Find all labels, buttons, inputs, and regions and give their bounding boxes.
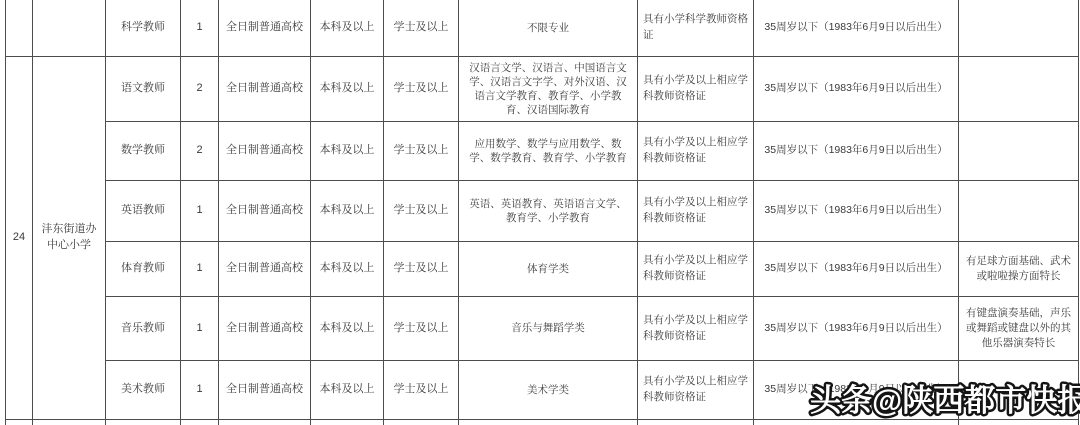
cell-count: 2: [181, 57, 219, 122]
row-number-cell-empty: [6, 0, 33, 57]
cell-degree: 学士及以上: [384, 242, 459, 297]
partial-row-cell: [754, 420, 959, 425]
cell-age: 35周岁以下（1983年6月9日以后出生）: [754, 361, 959, 420]
cell-count: 1: [181, 0, 219, 57]
partial-row-cell: [459, 420, 638, 425]
cell-certificate: 具有小学及以上相应学科教师资格证: [638, 57, 754, 122]
partial-row-cell: [106, 420, 181, 425]
cell-certificate: 具有小学及以上相应学科教师资格证: [638, 122, 754, 181]
cell-age: 35周岁以下（1983年6月9日以后出生）: [754, 297, 959, 361]
cell-school-type: 全日制普通高校: [219, 242, 311, 297]
cell-certificate: 具有小学及以上相应学科教师资格证: [638, 181, 754, 242]
cell-education: 本科及以上: [311, 57, 384, 122]
cell-major: 英语、英语教育、英语语言文学、教育学、小学教育: [459, 181, 638, 242]
cell-major: 音乐与舞蹈学类: [459, 297, 638, 361]
cell-education: 本科及以上: [311, 242, 384, 297]
cell-note: 有足球方面基础、武术或啦啦操方面特长: [959, 242, 1079, 297]
cell-education: 本科及以上: [311, 297, 384, 361]
cell-position: 音乐教师: [106, 297, 181, 361]
cell-major: 美术学类: [459, 361, 638, 420]
recruitment-table-screenshot: 科学教师 1 全日制普通高校 本科及以上 学士及以上 不限专业 具有小学科学教师…: [0, 0, 1080, 425]
cell-age: 35周岁以下（1983年6月9日以后出生）: [754, 57, 959, 122]
cell-school-type: 全日制普通高校: [219, 57, 311, 122]
cell-degree: 学士及以上: [384, 57, 459, 122]
cell-major: 汉语言文学、汉语言、中国语言文学、汉语言文字学、对外汉语、汉语言文学教育、教育学…: [459, 57, 638, 122]
school-cell-empty: [33, 0, 106, 57]
cell-note: [959, 181, 1079, 242]
cell-major: 应用数学、数学与应用数学、数学、数学教育、教育学、小学教育: [459, 122, 638, 181]
cell-education: 本科及以上: [311, 122, 384, 181]
cell-education: 本科及以上: [311, 0, 384, 57]
cell-note: [959, 0, 1079, 57]
cell-note: 有键盘演奏基础，声乐或舞蹈或键盘以外的其他乐器演奏特长: [959, 297, 1079, 361]
cell-count: 1: [181, 297, 219, 361]
cell-school-type: 全日制普通高校: [219, 122, 311, 181]
cell-position: 体育教师: [106, 242, 181, 297]
cell-school-type: 全日制普通高校: [219, 297, 311, 361]
cell-position: 语文教师: [106, 57, 181, 122]
partial-row-cell: [6, 420, 33, 425]
cell-position: 英语教师: [106, 181, 181, 242]
cell-major: 不限专业: [459, 0, 638, 57]
cell-school-type: 全日制普通高校: [219, 361, 311, 420]
cell-note: [959, 57, 1079, 122]
cell-certificate: 具有小学及以上相应学科教师资格证: [638, 361, 754, 420]
cell-degree: 学士及以上: [384, 122, 459, 181]
cell-age: 35周岁以下（1983年6月9日以后出生）: [754, 122, 959, 181]
cell-position: 美术教师: [106, 361, 181, 420]
partial-row-cell: [638, 420, 754, 425]
cell-age: 35周岁以下（1983年6月9日以后出生）: [754, 242, 959, 297]
partial-row-cell: [181, 420, 219, 425]
cell-position: 科学教师: [106, 0, 181, 57]
cell-count: 1: [181, 242, 219, 297]
partial-row-cell: [384, 420, 459, 425]
cell-certificate: 具有小学及以上相应学科教师资格证: [638, 242, 754, 297]
cell-note: [959, 361, 1079, 420]
partial-row-cell: [33, 420, 106, 425]
cell-count: 1: [181, 361, 219, 420]
cell-degree: 学士及以上: [384, 0, 459, 57]
cell-count: 1: [181, 181, 219, 242]
partial-row-cell: [311, 420, 384, 425]
cell-school-type: 全日制普通高校: [219, 0, 311, 57]
cell-certificate: 具有小学科学教师资格证: [638, 0, 754, 57]
partial-row-cell: [959, 420, 1079, 425]
cell-education: 本科及以上: [311, 361, 384, 420]
cell-education: 本科及以上: [311, 181, 384, 242]
cell-age: 35周岁以下（1983年6月9日以后出生）: [754, 181, 959, 242]
cell-certificate: 具有小学及以上相应学科教师资格证: [638, 297, 754, 361]
cell-school-type: 全日制普通高校: [219, 181, 311, 242]
row-number-cell: 24: [6, 57, 33, 420]
cell-major: 体育学类: [459, 242, 638, 297]
recruitment-table: 科学教师 1 全日制普通高校 本科及以上 学士及以上 不限专业 具有小学科学教师…: [5, 0, 1079, 425]
cell-note: [959, 122, 1079, 181]
cell-degree: 学士及以上: [384, 361, 459, 420]
cell-count: 2: [181, 122, 219, 181]
cell-position: 数学教师: [106, 122, 181, 181]
school-name-cell: 沣东街道办中心小学: [33, 57, 106, 420]
cell-age: 35周岁以下（1983年6月9日以后出生）: [754, 0, 959, 57]
partial-row-cell: [219, 420, 311, 425]
cell-degree: 学士及以上: [384, 181, 459, 242]
cell-degree: 学士及以上: [384, 297, 459, 361]
